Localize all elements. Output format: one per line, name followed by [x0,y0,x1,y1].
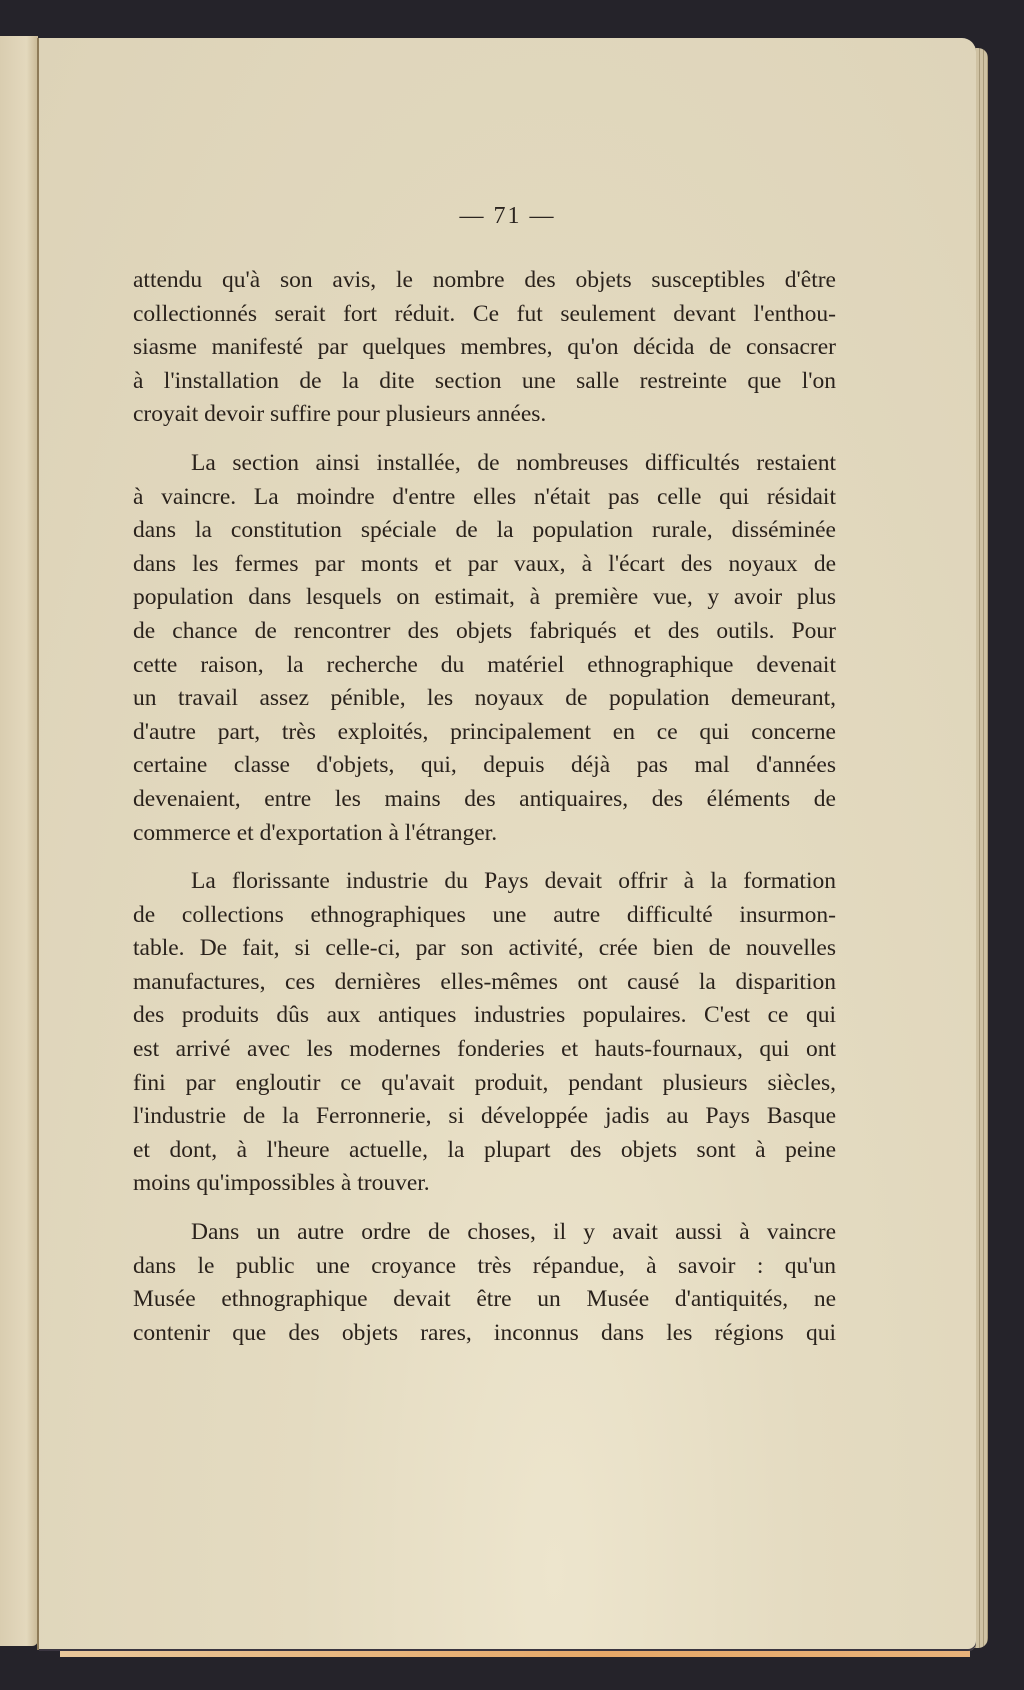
paragraph-4: Dans un autre ordre de choses, il y avai… [133,1216,836,1350]
text-line: des produits dûs aux antiques industries… [133,999,836,1033]
text-line: manufactures, ces dernières elles-mêmes … [133,966,836,1000]
page-bottom-edge [60,1651,970,1657]
text-line: La section ainsi installée, de nombreuse… [133,447,836,481]
paragraph-2: La section ainsi installée, de nombreuse… [133,447,836,850]
text-line: collectionnés serait fort réduit. Ce fut… [133,298,836,332]
text-line: fini par engloutir ce qu'avait produit, … [133,1067,836,1101]
text-line: commerce et d'exportation à l'étranger. [133,817,836,851]
text-line: Dans un autre ordre de choses, il y avai… [133,1216,836,1250]
text-line: à l'installation de la dite section une … [133,365,836,399]
text-line: table. De fait, si celle-ci, par son act… [133,932,836,966]
text-line: d'autre part, très exploités, principale… [133,716,836,750]
paragraph-3: La florissante industrie du Pays devait … [133,865,836,1201]
body-text: attendu qu'à son avis, le nombre des obj… [133,264,836,1350]
text-line: contenir que des objets rares, inconnus … [133,1317,836,1351]
text-line: de chance de rencontrer des objets fabri… [133,615,836,649]
text-line: attendu qu'à son avis, le nombre des obj… [133,264,836,298]
text-line: est arrivé avec les modernes fonderies e… [133,1033,836,1067]
text-line: population dans lesquels on estimait, à … [133,581,836,615]
text-line: Musée ethnographique devait être un Musé… [133,1283,836,1317]
paragraph-1: attendu qu'à son avis, le nombre des obj… [133,264,836,432]
text-line: cette raison, la recherche du matériel e… [133,649,836,683]
book-page: — 71 — attendu qu'à son avis, le nombre … [39,38,976,1651]
text-line: La florissante industrie du Pays devait … [133,865,836,899]
left-page-edge [0,36,38,1646]
text-line: à vaincre. La moindre d'entre elles n'ét… [133,481,836,515]
text-line: un travail assez pénible, les noyaux de … [133,682,836,716]
text-line: dans les fermes par monts et par vaux, à… [133,548,836,582]
text-line: l'industrie de la Ferronnerie, si dévelo… [133,1100,836,1134]
text-line: croyait devoir suffire pour plusieurs an… [133,398,836,432]
text-line: dans le public une croyance très répandu… [133,1250,836,1284]
text-line: siasme manifesté par quelques membres, q… [133,331,836,365]
text-line: et dont, à l'heure actuelle, la plupart … [133,1134,836,1168]
text-line: certaine classe d'objets, qui, depuis dé… [133,749,836,783]
text-line: devenaient, entre les mains des antiquai… [133,783,836,817]
text-line: moins qu'impossibles à trouver. [133,1167,836,1201]
gutter-line [37,38,39,1650]
page-number: — 71 — [39,203,976,230]
text-line: dans la constitution spéciale de la popu… [133,514,836,548]
text-line: de collections ethnographiques une autre… [133,899,836,933]
